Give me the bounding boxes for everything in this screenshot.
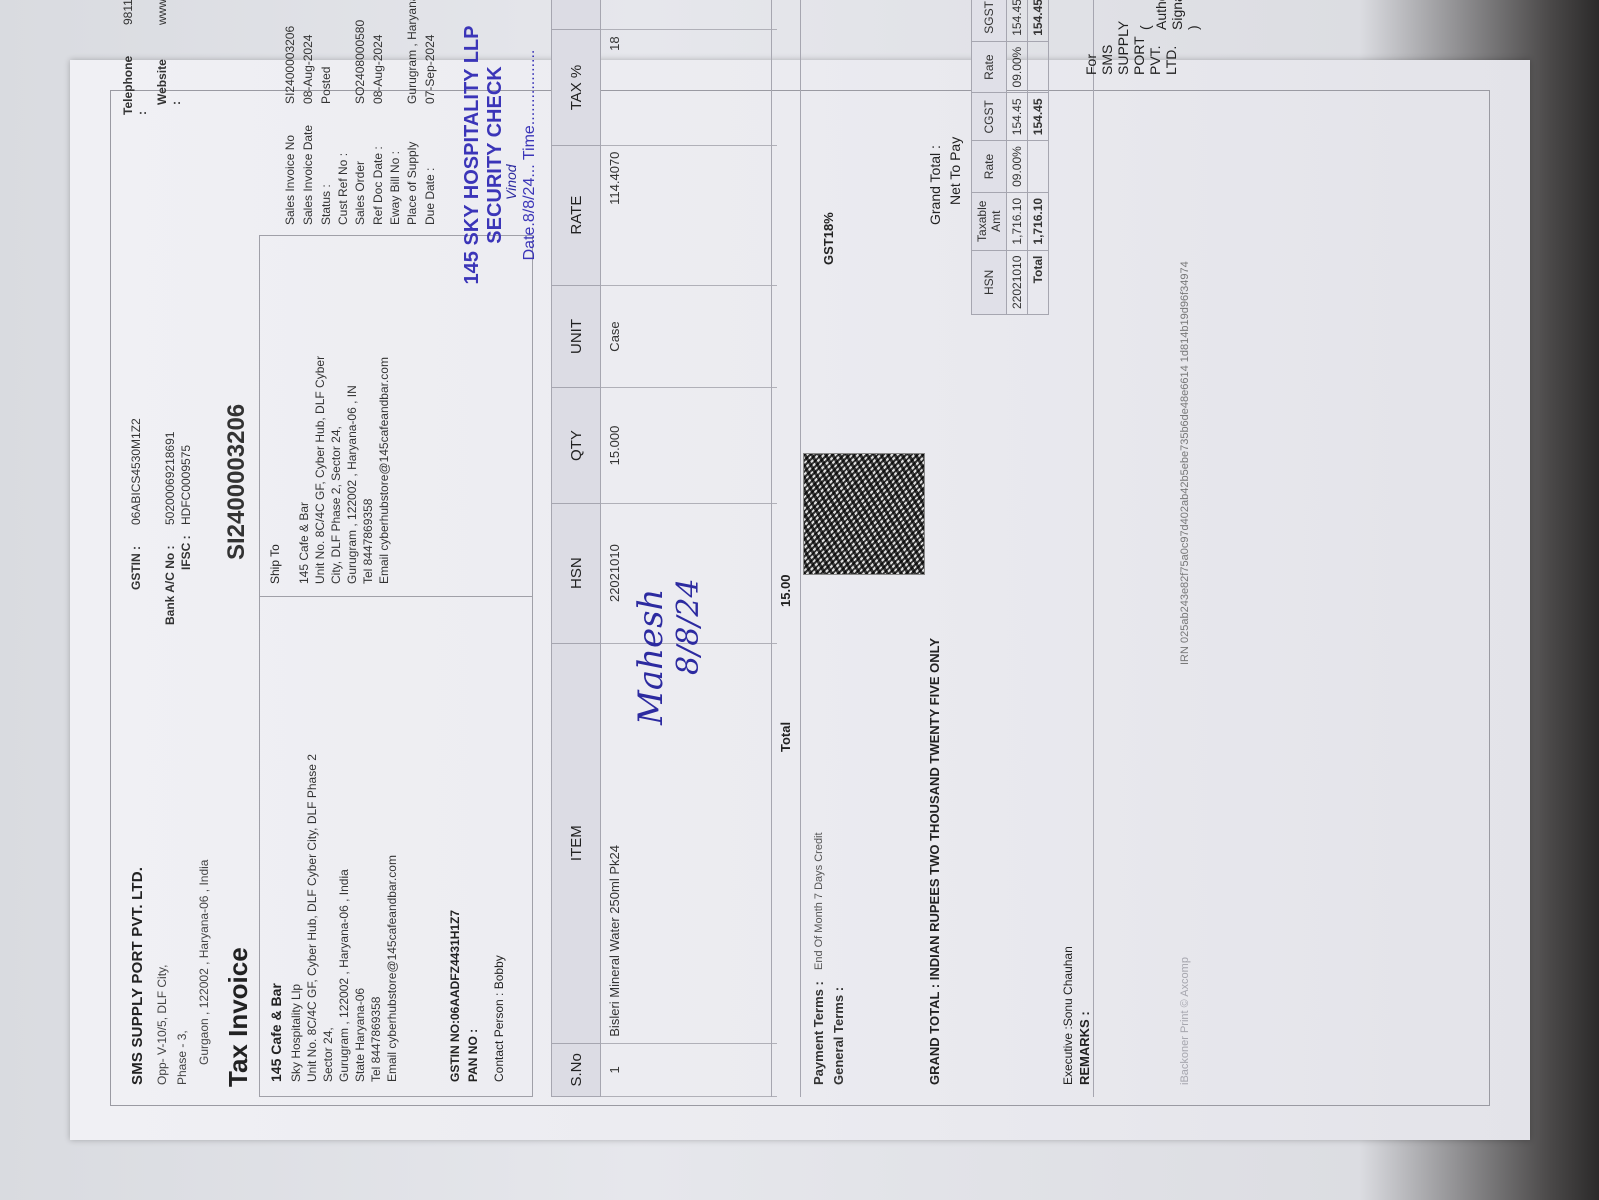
bill-to-line: Unit No. 8C/4C GF, Cyber Hub, DLF Cyber …: [304, 754, 320, 1082]
gst-table-row: Total1,716.10154.45154.4500.00308.90: [1027, 0, 1048, 315]
payment-terms-label: Payment Terms :: [811, 981, 826, 1085]
gst-column-header: HSN: [971, 250, 1006, 314]
gst-cell: 09.00%: [1006, 141, 1027, 193]
security-check-stamp: 145 SKY HOSPITALITY LLP SECURITY CHECK D…: [461, 5, 539, 305]
meta-label: Place of Supply: [403, 105, 421, 225]
bill-to-line: Tel 8447869358: [368, 754, 384, 1082]
invoice-meta-row: Status : Posted: [317, 0, 335, 225]
invoice-meta-row: Ref Doc Date : 08-Aug-2024: [369, 0, 387, 225]
meta-label: Due Date :: [421, 105, 439, 225]
items-cell: 18: [600, 30, 776, 145]
ifsc-label: IFSC :: [179, 535, 193, 570]
print-software-credit: iBackoner Print © Axcomp: [1179, 957, 1191, 1085]
meta-value: [335, 0, 351, 105]
receiver-signature: Mahesh: [631, 589, 671, 725]
bill-to-line: Gurugram , 122002 , Haryana-06 , India: [336, 754, 352, 1082]
remarks-area: [1093, 0, 1174, 1097]
security-stamp-date: Date.8/8/24... Time.................: [521, 5, 539, 305]
gst-column-header: SGST: [971, 0, 1006, 41]
gst-cell: [1027, 141, 1048, 193]
meta-label: Eway Bill No :: [387, 105, 403, 225]
bill-to-line: State Haryana-06: [352, 754, 368, 1082]
meta-label: Ref Doc Date :: [369, 105, 387, 225]
ship-to-line: Unit No. 8C/4C GF, Cyber Hub, DLF Cyber: [312, 356, 328, 584]
invoice-meta-row: Place of Supply Gurugram , Haryana-06: [403, 0, 421, 225]
ship-to-address: 145 Cafe & Bar Unit No. 8C/4C GF, Cyber …: [296, 356, 392, 584]
security-handwritten-name: Vinod: [503, 164, 519, 200]
meta-value: Gurugram , Haryana-06: [403, 0, 421, 105]
bill-to-line: Sky Hospitality Llp: [288, 754, 304, 1082]
seller-telephone: 9811313289: [121, 0, 135, 25]
gst-column-header: CGST: [971, 93, 1006, 141]
gst-cell: 154.45: [1006, 93, 1027, 141]
seller-address-2: Phase - 3,: [175, 1030, 189, 1085]
items-cell: 1: [600, 1043, 776, 1096]
items-table: S.NoITEMHSNQTYUNITRATETAX %NET RATEAMOUN…: [551, 0, 777, 1097]
seller-bank: 50200069218691: [163, 432, 177, 525]
gst-cell: 154.45: [1027, 0, 1048, 41]
invoice-number: SI2400003206: [223, 404, 251, 560]
invoice-meta-row: Sales Invoice Date 08-Aug-2024: [299, 0, 317, 225]
items-cell: Bisleri Mineral Water 250ml Pk24: [600, 643, 776, 1043]
seller-gstin: 06ABICS4530M1Z2: [129, 418, 143, 525]
items-total-qty: 15.00: [778, 574, 793, 607]
items-column-header: RATE: [551, 145, 600, 285]
seller-address-1: Opp- V-10/5, DLF City,: [155, 965, 169, 1086]
gst-cell: [1027, 41, 1048, 93]
meta-label: Sales Invoice No: [281, 105, 299, 225]
items-cell: 135.0003: [600, 0, 776, 30]
gstin-label: GSTIN :: [129, 546, 143, 590]
invoice-meta-row: Cust Ref No :: [335, 0, 351, 225]
invoice-meta-row: Eway Bill No :: [387, 0, 403, 225]
gst-cell: 154.45: [1006, 0, 1027, 41]
authorized-signatory: ( Authorized Signatory ): [1137, 0, 1201, 30]
meta-value: SO2408000580: [351, 0, 369, 105]
document-title: Tax Invoice: [223, 947, 254, 1087]
gst-cell: 154.45: [1027, 93, 1048, 141]
gst-cell: 1,716.10: [1006, 192, 1027, 250]
executive-name: Executive :Sonu Chauhan: [1061, 946, 1075, 1085]
ship-to-label: Ship To: [268, 544, 282, 584]
gst-cell: Total: [1027, 250, 1048, 314]
items-column-header: UNIT: [551, 285, 600, 388]
items-total-label: Total: [778, 722, 793, 752]
invoice-sheet: SMS SUPPLY PORT PVT. LTD. Opp- V-10/5, D…: [70, 60, 1530, 1140]
invoice-meta-row: Due Date : 07-Sep-2024: [421, 0, 439, 225]
meta-value: Posted: [317, 0, 335, 105]
items-column-header: QTY: [551, 388, 600, 503]
invoice-meta-row: Sales Order SO2408000580: [351, 0, 369, 225]
net-to-pay-label: Net To Pay: [947, 137, 963, 205]
ship-to-line: Email cyberhubstore@145cafeandbar.com: [376, 356, 392, 584]
meta-label: Status :: [317, 105, 335, 225]
items-column-header: ITEM: [551, 643, 600, 1043]
items-total-row: Total 15.00 2,025.00: [771, 0, 801, 1097]
security-stamp-line2: SECURITY CHECK: [484, 5, 507, 305]
meta-value: 08-Aug-2024: [369, 0, 387, 105]
items-column-header: HSN: [551, 503, 600, 643]
gst-summary-label: GST18%: [821, 212, 836, 265]
meta-value: SI2400003206: [281, 0, 299, 105]
invoice-meta-table: Sales Invoice No SI2400003206Sales Invoi…: [281, 0, 439, 225]
ship-to-line: 145 Cafe & Bar: [296, 356, 312, 584]
seller-address-3: Gurgaon , 122002 , Haryana-06 , India: [197, 860, 211, 1065]
bill-to-block: 145 Cafe & Bar Sky Hospitality Llp Unit …: [259, 596, 533, 1097]
items-cell: 114.4070: [600, 145, 776, 285]
seller-name: SMS SUPPLY PORT PVT. LTD.: [129, 867, 146, 1085]
bill-to-pan: PAN NO :: [466, 1029, 480, 1082]
ship-to-line: Tel 8447869358: [360, 356, 376, 584]
gst-column-header: Rate: [971, 141, 1006, 193]
ship-to-line: City, DLF Phase 2, Sector 24,: [328, 356, 344, 584]
gst-cell: 1,716.10: [1027, 192, 1048, 250]
items-cell: Case: [600, 285, 776, 388]
items-table-row: 1Bisleri Mineral Water 250ml Pk242202101…: [600, 0, 776, 1097]
bill-to-line: Email cyberhubstore@145cafeandbar.com: [384, 754, 400, 1082]
e-invoice-qr-code: [803, 453, 925, 575]
invoice-meta-row: Sales Invoice No SI2400003206: [281, 0, 299, 225]
gst-cell: 22021010: [1006, 250, 1027, 314]
website-label: Website :: [155, 59, 183, 105]
invoice-frame: SMS SUPPLY PORT PVT. LTD. Opp- V-10/5, D…: [110, 90, 1490, 1106]
remarks-label: REMARKS :: [1077, 1011, 1092, 1085]
bill-to-address: Sky Hospitality Llp Unit No. 8C/4C GF, C…: [288, 754, 400, 1082]
gst-breakup-table: HSNTaxable AmtRateCGSTRateSGSTRateCESSTo…: [971, 0, 1049, 315]
meta-label: Sales Order: [351, 105, 369, 225]
meta-value: 08-Aug-2024: [299, 0, 317, 105]
security-stamp-line1: 145 SKY HOSPITALITY LLP: [461, 5, 484, 305]
bill-to-line: Sector 24,: [320, 754, 336, 1082]
gst-cell: 09.00%: [1006, 41, 1027, 93]
gst-table-row: 220210101,716.1009.00%154.4509.00%154.45…: [1006, 0, 1027, 315]
meta-value: [387, 0, 403, 105]
meta-label: Sales Invoice Date: [299, 105, 317, 225]
seller-ifsc: HDFC0009575: [179, 445, 193, 525]
meta-value: 07-Sep-2024: [421, 0, 439, 105]
items-column-header: TAX %: [551, 30, 600, 145]
receiver-date: 8/8/24: [671, 578, 706, 675]
payment-terms-value: End Of Month 7 Days Credit: [813, 832, 825, 970]
items-cell: 15.000: [600, 388, 776, 503]
bill-to-name: 145 Cafe & Bar: [268, 983, 284, 1082]
seller-website: www.supplyport.in: [155, 0, 169, 25]
bill-to-contact: Contact Person : Bobby: [492, 955, 506, 1082]
grand-total-words: GRAND TOTAL : INDIAN RUPEES TWO THOUSAND…: [927, 638, 942, 1085]
irn-number: IRN 025ab243e82f75a0c97d402ab42b5ebe735b…: [1179, 261, 1191, 665]
telephone-label: Telephone :: [121, 56, 149, 115]
items-column-header: S.No: [551, 1043, 600, 1096]
gst-column-header: Rate: [971, 41, 1006, 93]
general-terms-label: General Terms :: [831, 987, 846, 1085]
items-column-header: NET RATE: [551, 0, 600, 30]
meta-label: Cust Ref No :: [335, 105, 351, 225]
bank-label: Bank A/C No :: [163, 545, 177, 625]
grand-total-label: Grand Total :: [927, 145, 943, 225]
ship-to-line: Gurugram , 122002 , Haryana-06 , IN: [344, 356, 360, 584]
gst-column-header: Taxable Amt: [971, 192, 1006, 250]
bill-to-gstin: GSTIN NO:06AADFZ4431H1Z7: [448, 910, 462, 1082]
